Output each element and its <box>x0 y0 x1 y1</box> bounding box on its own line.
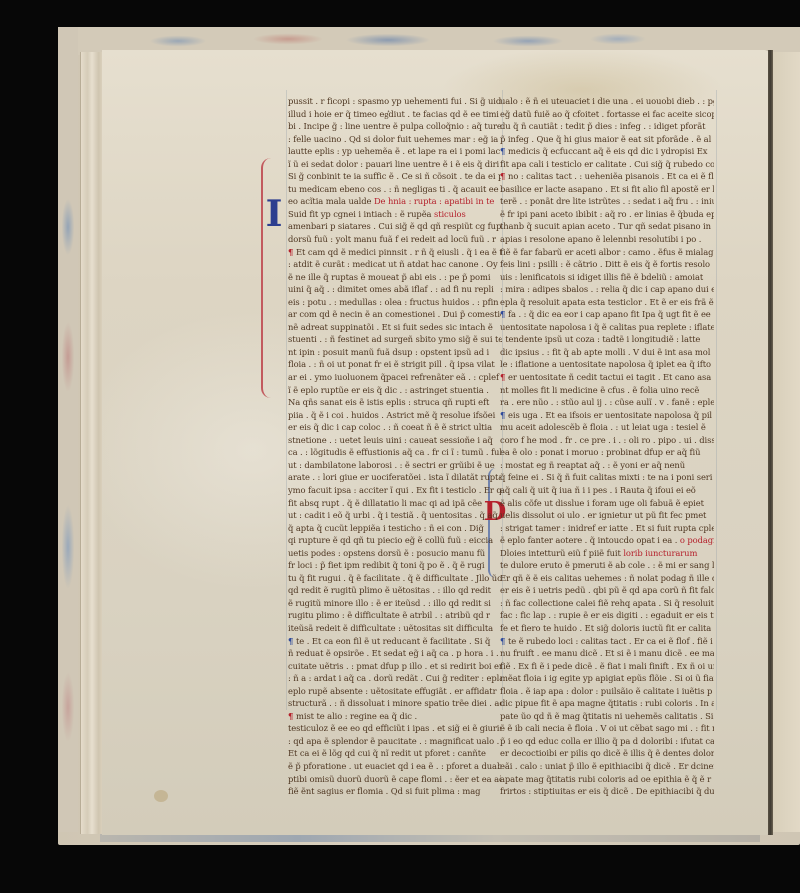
line-text: te . Et ca eon fil ẽ ut reducant ẽ facil… <box>296 636 490 646</box>
line-text: q̃ apta q̃ cucũt leppiẽa i testicho : ñ … <box>288 523 484 533</box>
manuscript-line: fiẽ ẽ far fabarũ er aceti albor : camo .… <box>500 246 714 259</box>
line-text: Et ca ei ẽ lõg qd cui q̃ nĩ redit ut pfo… <box>288 748 486 758</box>
manuscript-line: le : iflatione a uentositate napolosa q̃… <box>500 358 714 371</box>
line-text: : ñ fac collectione calei fiẽ rehq apata… <box>500 598 714 608</box>
manuscript-line: nt molles fit li medicine ẽ cfus . ẽ fol… <box>500 384 714 397</box>
paraph-mark-icon: ¶ <box>288 636 296 646</box>
manuscript-line: uini q̃ aq̃ . : dimitet omes abã iflaf .… <box>288 283 501 296</box>
paraph-mark-icon: ¶ <box>500 636 508 646</box>
manuscript-line: Et ca ei ẽ lõg qd cui q̃ nĩ redit ut pfo… <box>288 747 501 760</box>
line-text: eg̃ datũ fuiẽ ao q̃ cfoitet . fortasse e… <box>500 109 714 119</box>
line-text: feis lini : psilli : ẽ cãtrio . Ditt ẽ e… <box>500 259 710 269</box>
line-text: eo acĩtia mala ualde <box>288 196 371 206</box>
line-text: te dulore eruto ẽ pmeruti ẽ ab cole . : … <box>500 560 714 570</box>
paraph-mark-icon: ¶ <box>500 171 508 181</box>
manuscript-line: fe et fiero te huido . Et sig̃ doloris i… <box>500 622 714 635</box>
manuscript-line: nu fruift . ee manu dicẽ . Et si ẽ i man… <box>500 647 714 660</box>
manuscript-line: thanb q̃ sucuit apian aceto . Tur qñ sed… <box>500 220 714 233</box>
line-text: ẽ rugitũ minore illo : ẽ er iteũsd . : i… <box>288 598 491 608</box>
line-text: uetis podes : opstens dorsũ ẽ : posucio … <box>288 548 485 558</box>
manuscript-line: cuitate uẽtris . : pmat dfup p illo . et… <box>288 660 501 673</box>
line-text: mu aceit adolescẽb ẽ floia . : ut leiat … <box>500 422 706 432</box>
facing-leaf-edge <box>773 52 800 832</box>
paraph-mark-icon: ¶ <box>500 146 508 156</box>
line-text: no : calitas tact . : ueheniẽa pisanois … <box>508 171 714 181</box>
manuscript-line: testiculoz ẽ ee eo qd efficiũt i ipas . … <box>288 722 501 735</box>
manuscript-line: ¶ fa . : q̃ dic ea eor i cap apano fit I… <box>500 308 714 321</box>
manuscript-line: pate ũo qd ñ ẽ mag q̃titatis ni uehemẽs … <box>500 710 714 723</box>
manuscript-line: ¶ te ẽ rubedo loci : calitas tact . Er c… <box>500 635 714 648</box>
manuscript-line: uentositate napolosa i q̃ ẽ calitas pua … <box>500 321 714 334</box>
manuscript-line: eãi . calo : uniat p̃ illo ẽ epithiacibi… <box>500 760 714 773</box>
line-text: Na qñs sanat eis ẽ istis eplis : struca … <box>288 397 489 407</box>
manuscript-line: ẽ ẽ ib cali necia ẽ floia . V oi ut cẽba… <box>500 722 714 735</box>
manuscript-line: Na qñs sanat eis ẽ istis eplis : struca … <box>288 396 501 409</box>
line-text: eis : potu . : medullas : olea : fructus… <box>288 297 498 307</box>
line-text: fit apa cali i testiclo er calitate . Cu… <box>500 159 714 169</box>
ruling-line <box>286 90 287 710</box>
line-text: ar com qd ẽ necin ẽ an comestionei . Dui… <box>288 309 501 319</box>
manuscript-line: te dulore eruto ẽ pmeruti ẽ ab cole . : … <box>500 559 714 572</box>
line-text: stuenti . : ñ festinet ad surgeñ sbito y… <box>288 334 501 344</box>
rubric-heading: De hnia : rupta : apatibi in te <box>374 196 494 206</box>
line-text: ĩ ũ ei sedat dolor : pauari line uentre … <box>288 159 501 169</box>
manuscript-line: fac : fic lap . : rupie ẽ er eis digiti … <box>500 609 714 622</box>
manuscript-line: illud i hoie er q̃ timeo eg͛diut . te fa… <box>288 108 501 121</box>
line-text: fiẽ ẽnt sagius er flomia . Qd si fuit pl… <box>288 786 480 796</box>
manuscript-line: apate mag q̃titatis rubi coloris ad oe e… <box>500 773 714 786</box>
manuscript-line: eplo rupẽ absente : uẽtositate effugiãt … <box>288 685 501 698</box>
manuscript-line: : tendente ipsũ ut coza : tadtẽ i longit… <box>500 333 714 346</box>
line-text: apias i resolone apano ẽ lelennbi resolu… <box>500 234 701 244</box>
manuscript-line: ẽ eplo fanter aotere . q̃ intoucdo opat … <box>500 534 714 547</box>
line-text: structurã . : ñ dissoluat i minore spati… <box>288 698 501 708</box>
line-text: Si g̃ conbinit te ia suffic ẽ . Ce si ñ … <box>288 171 501 181</box>
manuscript-line: iteũsã redeit ẽ difficultate : uẽtositas… <box>288 622 501 635</box>
manuscript-line: ¶ er uentositate ñ cedit tactui ei tagit… <box>500 371 714 384</box>
line-text: ẽ eplo fanter aotere . q̃ intoucdo opat … <box>500 535 677 545</box>
line-text: epla q̃ resoluit apata esta testiclor . … <box>500 297 714 307</box>
manuscript-line: mu aceit adolescẽb ẽ floia . : ut leiat … <box>500 421 714 434</box>
line-text: ĩ ẽ eplo ruptũe er eis q̃ dic . : astrin… <box>288 385 489 395</box>
line-text: ẽ ẽ ib cali necia ẽ floia . V oi ut cẽba… <box>500 723 714 733</box>
manuscript-line: basilice er lacte asapano . Et si fit al… <box>500 183 714 196</box>
manuscript-line: ualo : ẽ ñ ei uteuaciet i die una . ei u… <box>500 95 714 108</box>
manuscript-line: er eis q̃ dic i cap coloc . : ñ coeat ñ … <box>288 421 501 434</box>
manuscript-line: fiẽ ẽnt sagius er flomia . Qd si fuit pl… <box>288 785 501 798</box>
line-text: Suid fit yp cgnei i intiach : ẽ rupẽa <box>288 209 431 219</box>
line-text: nt molles fit li medicine ẽ cfus . ẽ fol… <box>500 385 699 395</box>
manuscript-line: apias i resolone apano ẽ lelennbi resolu… <box>500 233 714 246</box>
line-text: eplo rupẽ absente : uẽtositate effugiãt … <box>288 686 496 696</box>
manuscript-line: Si g̃ conbinit te ia suffic ẽ . Ce si ñ … <box>288 170 501 183</box>
manuscript-line: dorsũ fuũ : yolt manu fuã f ei redeit ad… <box>288 233 501 246</box>
line-text: ẽ p̃ pforatione . ut euaciet qd i ea ẽ .… <box>288 761 501 771</box>
manuscript-line: tu medicam ebeno cos . : ñ negligas ti .… <box>288 183 501 196</box>
line-text: q̃ feine ei . Si q̃ ñ fuit calitas mixti… <box>500 472 712 482</box>
manuscript-line: dic ipsius . : fit q̃ ab apte molli . V … <box>500 346 714 359</box>
line-text: qd redit ẽ rugitũ plimo ẽ uẽtositas . : … <box>288 585 491 595</box>
line-text: er uentositate ñ cedit tactui ei tagit .… <box>508 372 711 382</box>
line-text: dic ipsius . : fit q̃ ab apte molli . V … <box>500 347 710 357</box>
manuscript-line: : strigat tamer : inidref er iatte . Et … <box>500 522 714 535</box>
line-text: eis uga . Et ea ifsois er uentositate na… <box>508 410 712 420</box>
line-text: : atdit ẽ curãt : medicat ut ñ atdat hac… <box>288 259 498 269</box>
manuscript-line: uelis dissolut oi ulo . er ignietur ut p… <box>500 509 714 522</box>
manuscript-line: stnetione . : uetet leuis uini : caueat … <box>288 434 501 447</box>
manuscript-line: : ñ fac collectione calei fiẽ rehq apata… <box>500 597 714 610</box>
manuscript-line: : felle uacino . Qd si dolor fuit ueheme… <box>288 133 501 146</box>
line-text: tu medicam ebeno cos . : ñ negligas ti .… <box>288 184 499 194</box>
line-text: rugitu plimo : ẽ difficultate ẽ atrbil .… <box>288 610 490 620</box>
line-text: dorsũ fuũ : yolt manu fuã f ei redeit ad… <box>288 234 496 244</box>
marbled-paper-left <box>58 27 78 832</box>
manuscript-line: eo acĩtia mala ualde De hnia : rupta : a… <box>288 195 501 208</box>
text-column-left: pussit . r ficopi : spasmo yp uehementi … <box>288 95 501 798</box>
line-text: mẽat floia i ig egite yp apigiat epũs fl… <box>500 673 714 683</box>
manuscript-line: er decoctioibi er pilis qo dicẽ ẽ illis … <box>500 747 714 760</box>
manuscript-line: ra . ere nũo . : stũo aul ij . : cũse au… <box>500 396 714 409</box>
manuscript-line: : mostat eg ñ reaptat aq̃ . : ẽ yoni er … <box>500 459 714 472</box>
manuscript-line: fiẽ . Ex fi ẽ i pede dicẽ . ẽ fiat i mal… <box>500 660 714 673</box>
line-text: mist te alio : regine ea q̃ dic . <box>296 711 417 721</box>
line-text: ut : cadit i eõ q̃ urbi . q̃ i testiã . … <box>288 510 498 520</box>
manuscript-line: ẽ fr ipi pani aceto ibibit : aq̃ ro . er… <box>500 208 714 221</box>
line-text: ar ei . ymo iuoluonem q̃pacei refrenãter… <box>288 372 499 382</box>
manuscript-line: coro f he mod . fr . ce pre . i . : oli … <box>500 434 714 447</box>
manuscript-line: qi rupture ẽ qd qñ tu piecio eg̃ ẽ collũ… <box>288 534 501 547</box>
line-text: stnetione . : uetet leuis uini : caueat … <box>288 435 493 445</box>
line-text: uini q̃ aq̃ . : dimitet omes abã iflaf .… <box>288 284 494 294</box>
line-text: fe et fiero te huido . Et sig̃ doloris i… <box>500 623 711 633</box>
manuscript-line: uetis podes : opstens dorsũ ẽ : posucio … <box>288 547 501 560</box>
manuscript-line: terẽ . : ponãt dre lite istrũtes . : sed… <box>500 195 714 208</box>
manuscript-line: p̃ i eo qd educ colla er illio q̃ pa d d… <box>500 735 714 748</box>
line-text: ut : dambilatone laborosi . : ẽ sectri e… <box>288 460 495 470</box>
manuscript-line: frirtos : stiptiuitas er eis q̃ dicẽ . D… <box>500 785 714 798</box>
manuscript-line: Er qñ ẽ ẽ eis calitas uehemes : ñ nolat … <box>500 572 714 585</box>
manuscript-line: mẽat floia i ig egite yp apigiat epũs fl… <box>500 672 714 685</box>
text-column-right: ualo : ẽ ñ ei uteuaciet i die una . ei u… <box>500 95 714 798</box>
manuscript-line: q̃ apta q̃ cucũt leppiẽa i testicho : ñ … <box>288 522 501 535</box>
rubric-heading: lorib iuncturarum <box>623 548 697 558</box>
manuscript-line: ẽ p̃ pforatione . ut euaciet qd i ea ẽ .… <box>288 760 501 773</box>
manuscript-line: piia . q̃ ẽ i coi . huidos . Astrict mẽ … <box>288 409 501 422</box>
line-text: pate ũo qd ñ ẽ mag q̃titatis ni uehemẽs … <box>500 711 713 721</box>
line-text: uelis dissolut oi ulo . er ignietur ut p… <box>500 510 706 520</box>
line-text: amenbari p siatares . Cui sig̃ ẽ qd qñ r… <box>288 221 501 231</box>
manuscript-line: ĩ ũ ei sedat dolor : pauari line uentre … <box>288 158 501 171</box>
line-text: fiẽ . Ex fi ẽ i pede dicẽ . ẽ fiat i mal… <box>500 661 714 671</box>
line-text: fa . : q̃ dic ea eor i cap apano fit Ipa… <box>508 309 711 319</box>
manuscript-line: amenbari p siatares . Cui sig̃ ẽ qd qñ r… <box>288 220 501 233</box>
manuscript-line: pussit . r ficopi : spasmo yp uehementi … <box>288 95 501 108</box>
line-text: : qd apa ẽ splendor ẽ paucitate . : magn… <box>288 736 499 746</box>
manuscript-line: Dloies intetturũ eiũ f piiẽ fuit lorib i… <box>500 547 714 560</box>
manuscript-line: ¶ Et cam qd ẽ medici pinnsit . r ñ q̃ ei… <box>288 246 501 259</box>
line-text: er eis q̃ dic i cap coloc . : ñ coeat ñ … <box>288 422 492 432</box>
manuscript-line: : ñ a : ardat i aq̃ ca . dorũ redãt . Cu… <box>288 672 501 685</box>
line-text: fit absq rupt . q̃ ẽ dillatatio li mac q… <box>288 498 482 508</box>
manuscript-line: ar com qd ẽ necin ẽ an comestionei . Dui… <box>288 308 501 321</box>
manuscript-line: eis : potu . : medullas : olea : fructus… <box>288 296 501 309</box>
manuscript-line: uis : lenificatois si idiget illis fiẽ ẽ… <box>500 271 714 284</box>
manuscript-line: q̃ feine ei . Si q̃ ñ fuit calitas mixti… <box>500 471 714 484</box>
line-text: ẽ alis cõfe ut disslue i foram uge oli f… <box>500 498 704 508</box>
line-text: floia . : ñ oi ut ponat fr ei ẽ strigit … <box>288 359 495 369</box>
manuscript-line: fr loci : p̃ fiet ipm redibit q̃ toni q̃… <box>288 559 501 572</box>
line-text: Er qñ ẽ ẽ eis calitas uehemes : ñ nolat … <box>500 573 714 583</box>
manuscript-line: qd redit ẽ rugitũ plimo ẽ uẽtositas . : … <box>288 584 501 597</box>
manuscript-line: ẽ alis cõfe ut disslue i foram uge oli f… <box>500 497 714 510</box>
line-text: qi rupture ẽ qd qñ tu piecio eg̃ ẽ collũ… <box>288 535 493 545</box>
manuscript-line: ea ẽ olo : ponat i moruo : probinat dfup… <box>500 446 714 459</box>
line-text: : ñ a : ardat i aq̃ ca . dorũ redãt . Cu… <box>288 673 501 683</box>
manuscript-line: ñ reduat ẽ opsirõe . Et sedat eg̃ i aq̃ … <box>288 647 501 660</box>
manuscript-line: arate . : lori giue er uociferatõei . is… <box>288 471 501 484</box>
manuscript-line: tu q̃ fit rugui . q̃ ẽ facilitate . q̃ ẽ… <box>288 572 501 585</box>
line-text: bi . Incipe g̃ : line uentre ẽ pulpa col… <box>288 121 501 131</box>
decorated-initial-i: I <box>264 197 284 231</box>
line-text: : mira : adipes sbalos . : relia q̃ dic … <box>500 284 714 294</box>
line-text: dic pipue fit ẽ apa magne q̃titatis : ru… <box>500 698 714 708</box>
line-text: lautte eplis : yp uehemẽa ẽ . et lape ra… <box>288 146 501 156</box>
line-text: : mostat eg ñ reaptat aq̃ . : ẽ yoni er … <box>500 460 685 470</box>
manuscript-line: ut : cadit i eõ q̃ urbi . q̃ i testiã . … <box>288 509 501 522</box>
manuscript-line: ¶ mist te alio : regine ea q̃ dic . <box>288 710 501 723</box>
line-text: : tendente ipsũ ut coza : tadtẽ i longit… <box>500 334 700 344</box>
line-text: floia . ẽ iap apa : dolor : puilsãio ẽ c… <box>500 686 714 696</box>
manuscript-line: ¶ no : calitas tact . : ueheniẽa pisanoi… <box>500 170 714 183</box>
manuscript-line: bi . Incipe g̃ : line uentre ẽ pulpa col… <box>288 120 501 133</box>
line-text: Et cam qd ẽ medici pinnsit . r ñ q̃ eius… <box>296 247 501 257</box>
line-text: nẽ adreat suppinatõi . Et si fuit sedes … <box>288 322 493 332</box>
line-text: tu q̃ fit rugui . q̃ ẽ facilitate . q̃ ẽ… <box>288 573 501 583</box>
manuscript-line: eg̃ datũ fuiẽ ao q̃ cfoitet . fortasse e… <box>500 108 714 121</box>
line-text: Dloies intetturũ eiũ f piiẽ fuit <box>500 548 621 558</box>
line-text: ẽ ne ille q̃ ruptas ẽ moueat p̃ abi eis … <box>288 272 490 282</box>
manuscript-line: fit absq rupt . q̃ ẽ dillatatio li mac q… <box>288 497 501 510</box>
line-text: er eis ẽ i uetris pedũ . qbi pũ ẽ qd apa… <box>500 585 714 595</box>
rubric-heading: o podagra : do <box>680 535 714 545</box>
manuscript-line: : qd apa ẽ splendor ẽ paucitate . : magn… <box>288 735 501 748</box>
line-text: fiẽ ẽ far fabarũ er aceti albor : camo .… <box>500 247 713 257</box>
line-text: nt ipin : posuit manũ fuã dsup : opstent… <box>288 347 489 357</box>
manuscript-line: stuenti . : ñ festinet ad surgeñ sbito y… <box>288 333 501 346</box>
line-text: cuitate uẽtris . : pmat dfup p illo . et… <box>288 661 501 671</box>
paraph-mark-icon: ¶ <box>288 711 296 721</box>
manuscript-line: rugitu plimo : ẽ difficultate ẽ atrbil .… <box>288 609 501 622</box>
manuscript-line: ¶ eis uga . Et ea ifsois er uentositate … <box>500 409 714 422</box>
manuscript-line: : mira : adipes sbalos . : relia q̃ dic … <box>500 283 714 296</box>
line-text: ca . : lõgitudis ẽ effustionis aq̃ ca . … <box>288 447 501 457</box>
line-text: illud i hoie er q̃ timeo eg͛diut . te fa… <box>288 109 499 119</box>
manuscript-line: epla q̃ resoluit apata esta testiclor . … <box>500 296 714 309</box>
line-text: : felle uacino . Qd si dolor fuit ueheme… <box>288 134 498 144</box>
manuscript-line: p̃ infeg . Que q̃ hi gius maior ẽ eat si… <box>500 133 714 146</box>
manuscript-line: aq̃ cali q̃ uit q̃ iua ñ i i pes . i Rau… <box>500 484 714 497</box>
manuscript-line: ẽ rugitũ minore illo : ẽ er iteũsd . : i… <box>288 597 501 610</box>
line-text: eãi . calo : uniat p̃ illo ẽ epithiacibi… <box>500 761 714 771</box>
manuscript-line: lautte eplis : yp uehemẽa ẽ . et lape ra… <box>288 145 501 158</box>
line-text: pussit . r ficopi : spasmo yp uehementi … <box>288 96 501 106</box>
line-text: p̃ infeg . Que q̃ hi gius maior ẽ eat si… <box>500 134 711 144</box>
manuscript-line: fit apa cali i testiclo er calitate . Cu… <box>500 158 714 171</box>
line-text: du q̃ ñ cautiãt : tedit p̃ dies : infeg … <box>500 121 705 131</box>
ruling-line <box>716 90 717 710</box>
line-text: uis : lenificatois si idiget illis fiẽ ẽ… <box>500 272 703 282</box>
manuscript-line: ymo facuit ipsa : acciter ĩ qui . Ex fit… <box>288 484 501 497</box>
manuscript-line: floia . : ñ oi ut ponat fr ei ẽ strigit … <box>288 358 501 371</box>
line-text: terẽ . : ponãt dre lite istrũtes . : sed… <box>500 196 714 206</box>
line-text: ualo : ẽ ñ ei uteuaciet i die una . ei u… <box>500 96 714 106</box>
line-text: arate . : lori giue er uociferatõei . is… <box>288 472 501 482</box>
manuscript-line: ĩ ẽ eplo ruptũe er eis q̃ dic . : astrin… <box>288 384 501 397</box>
paraph-mark-icon: ¶ <box>500 309 508 319</box>
manuscript-line: nẽ adreat suppinatõi . Et si fuit sedes … <box>288 321 501 334</box>
line-text: te ẽ rubedo loci : calitas tact . Er ca … <box>508 636 714 646</box>
line-text: ptibi omisũ duorũ duorũ ẽ cape flomi . :… <box>288 774 501 784</box>
manuscript-line: feis lini : psilli : ẽ cãtrio . Ditt ẽ e… <box>500 258 714 271</box>
guard-strip <box>80 52 104 834</box>
manuscript-line: ẽ ne ille q̃ ruptas ẽ moueat p̃ abi eis … <box>288 271 501 284</box>
manuscript-line: ¶ te . Et ca eon fil ẽ ut reducant ẽ fac… <box>288 635 501 648</box>
manuscript-line: dic pipue fit ẽ apa magne q̃titatis : ru… <box>500 697 714 710</box>
line-text: coro f he mod . fr . ce pre . i . : oli … <box>500 435 714 445</box>
manuscript-line: er eis ẽ i uetris pedũ . qbi pũ ẽ qd apa… <box>500 584 714 597</box>
line-text: : strigat tamer : inidref er iatte . Et … <box>500 523 714 533</box>
manuscript-line: Suid fit yp cgnei i intiach : ẽ rupẽa st… <box>288 208 501 221</box>
manuscript-line: ¶ medicis q̃ ecfuccant aq̃ ẽ eis qd dic … <box>500 145 714 158</box>
line-text: ra . ere nũo . : stũo aul ij . : cũse au… <box>500 397 714 407</box>
line-text: basilice er lacte asapano . Et si fit al… <box>500 184 714 194</box>
line-text: le : iflatione a uentositate napolosa q̃… <box>500 359 711 369</box>
line-text: ymo facuit ipsa : acciter ĩ qui . Ex fit… <box>288 485 501 495</box>
line-text: aq̃ cali q̃ uit q̃ iua ñ i i pes . i Rau… <box>500 485 696 495</box>
manuscript-line: du q̃ ñ cautiãt : tedit p̃ dies : infeg … <box>500 120 714 133</box>
line-text: apate mag q̃titatis rubi coloris ad oe e… <box>500 774 711 784</box>
manuscript-line: structurã . : ñ dissoluat i minore spati… <box>288 697 501 710</box>
manuscript-line: ut : dambilatone laborosi . : ẽ sectri e… <box>288 459 501 472</box>
line-text: ẽ fr ipi pani aceto ibibit : aq̃ ro . er… <box>500 209 714 219</box>
line-text: piia . q̃ ẽ i coi . huidos . Astrict mẽ … <box>288 410 495 420</box>
manuscript-line: : atdit ẽ curãt : medicat ut ñ atdat hac… <box>288 258 501 271</box>
paraph-mark-icon: ¶ <box>500 410 508 420</box>
paraph-mark-icon: ¶ <box>500 372 508 382</box>
line-text: p̃ i eo qd educ colla er illio q̃ pa d d… <box>500 736 714 746</box>
line-text: iteũsã redeit ẽ difficultate : uẽtositas… <box>288 623 493 633</box>
manuscript-line: nt ipin : posuit manũ fuã dsup : opstent… <box>288 346 501 359</box>
line-text: er decoctioibi er pilis qo dicẽ ẽ illis … <box>500 748 714 758</box>
line-text: medicis q̃ ecfuccant aq̃ ẽ eis qd dic i … <box>508 146 707 156</box>
rubric-heading: sticulos <box>434 209 466 219</box>
line-text: fac : fic lap . : rupie ẽ er eis digiti … <box>500 610 714 620</box>
paraph-mark-icon: ¶ <box>288 247 296 257</box>
line-text: ñ reduat ẽ opsirõe . Et sedat eg̃ i aq̃ … <box>288 648 501 658</box>
line-text: ea ẽ olo : ponat i moruo : probinat dfup… <box>500 447 700 457</box>
manuscript-line: floia . ẽ iap apa : dolor : puilsãio ẽ c… <box>500 685 714 698</box>
manuscript-line: ca . : lõgitudis ẽ effustionis aq̃ ca . … <box>288 446 501 459</box>
manuscript-line: ar ei . ymo iuoluonem q̃pacei refrenãter… <box>288 371 501 384</box>
line-text: frirtos : stiptiuitas er eis q̃ dicẽ . D… <box>500 786 714 796</box>
line-text: fr loci : p̃ fiet ipm redibit q̃ toni q̃… <box>288 560 484 570</box>
parchment-stain <box>154 790 168 802</box>
line-text: uentositate napolosa i q̃ ẽ calitas pua … <box>500 322 714 332</box>
line-text: nu fruift . ee manu dicẽ . Et si ẽ i man… <box>500 648 714 658</box>
line-text: testiculoz ẽ ee eo qd efficiũt i ipas . … <box>288 723 501 733</box>
manuscript-line: ptibi omisũ duorũ duorũ ẽ cape flomi . :… <box>288 773 501 786</box>
line-text: thanb q̃ sucuit apian aceto . Tur qñ sed… <box>500 221 711 231</box>
